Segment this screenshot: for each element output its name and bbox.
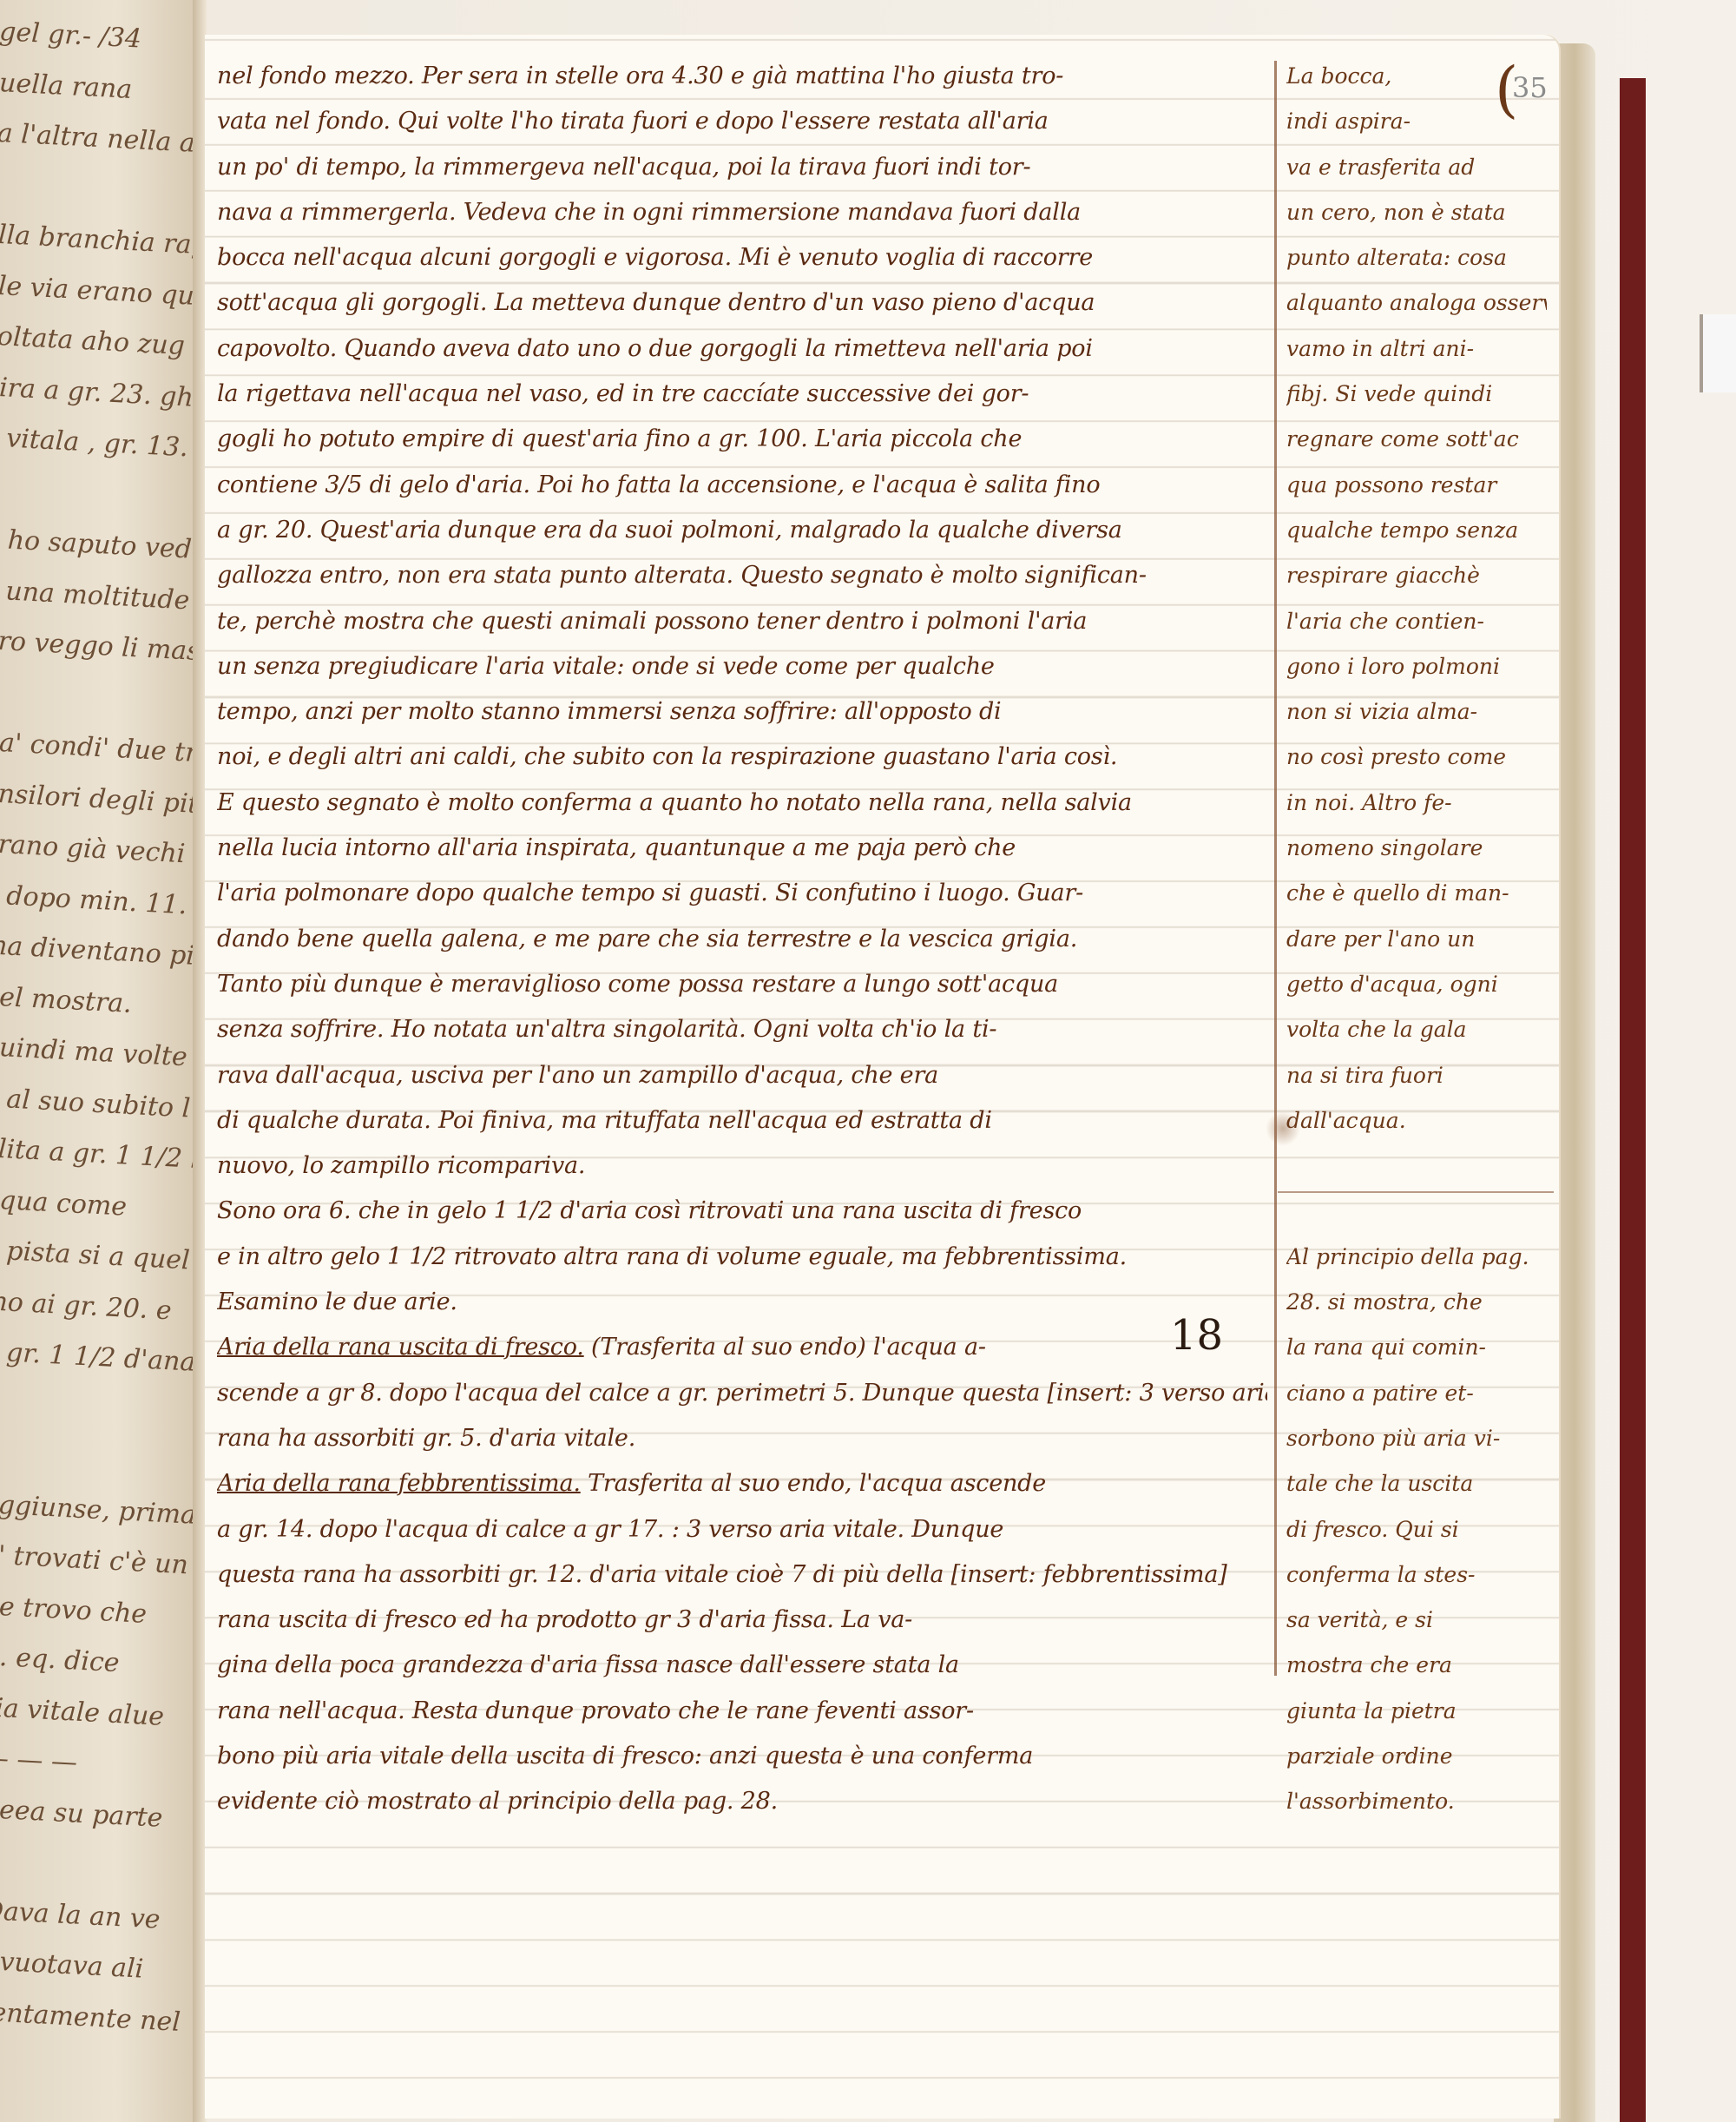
line-remainder: Trasferita al suo endo, l'acqua ascende [581,1470,1046,1497]
margin-note-line: getto d'acqua, ogni [1286,962,1547,1007]
manuscript-line: l'aria polmonare dopo qualche tempo si g… [217,871,1267,916]
stamp-number: 18 [1170,1311,1223,1360]
margin-note-line: la rana qui comin- [1286,1325,1547,1370]
manuscript-line: Esamino le due arie. [217,1280,1267,1325]
facing-page-line: ero veggo li mas [0,625,183,666]
manuscript-line: Aria della rana uscita di fresco. (Trasf… [217,1325,1267,1370]
margin-vertical-rule [1274,61,1277,1676]
margin-note-line: Al principio della pag. [1286,1235,1547,1280]
manuscript-line: evidente ciò mostrato al principio della… [217,1779,1267,1824]
margin-note-line: dall'acqua. [1286,1098,1547,1143]
facing-page-line: — — — [0,1743,183,1783]
manuscript-line: gallozza entro, non era stata punto alte… [217,553,1267,598]
margin-note-line: dare per l'ano un [1286,917,1547,962]
manuscript-line: Aria della rana febbrentissima. Trasferi… [217,1461,1267,1506]
manuscript-line: gina della poca grandezza d'aria fissa n… [217,1643,1267,1688]
main-text-block: nel fondo mezzo. Per sera in stelle ora … [217,54,1267,1825]
manuscript-line: nuovo, lo zampillo ricompariva. [217,1143,1267,1189]
margin-note-line: qualche tempo senza [1286,508,1547,553]
facing-page-line: nel mostra. [0,981,183,1022]
manuscript-line: sott'acqua gli gorgogli. La metteva dunq… [217,280,1267,326]
facing-page-line [0,168,182,179]
facing-page-line: Dava la an ve [0,1895,183,1936]
facing-page-line: , e trovo che [0,1591,183,1631]
facing-page-line: ria vitale alue [0,1692,183,1733]
margin-note-line: indi aspira- [1286,99,1547,144]
margin-note-line: un cero, non è stata [1286,190,1547,235]
margin-note-line: respirare giacchè [1286,553,1547,598]
facing-page-line: beea su parte [0,1794,183,1835]
manuscript-line: a gr. 14. dopo l'acqua di calce a gr 17.… [217,1507,1267,1552]
manuscript-line: di qualche durata. Poi finiva, ma rituff… [217,1098,1267,1143]
manuscript-line: nella lucia intorno all'aria inspirata, … [217,826,1267,871]
margin-note-line: giunta la pietra [1286,1689,1547,1734]
margin-note-line: punto alterata: cosa [1286,235,1547,280]
margin-note-line: regnare come sott'ac [1286,417,1547,462]
facing-page-line: alita a gr. 1 1/2 ha [0,1133,183,1174]
facing-page-line: ma diventano più [0,930,183,971]
manuscript-line: capovolto. Quando aveva dato uno o due g… [217,326,1267,372]
margin-spacer [1286,1143,1547,1235]
manuscript-line: gogli ho potuto empire di quest'aria fin… [217,417,1267,462]
facing-page-line: ino ai gr. 20. e [0,1286,183,1327]
manuscript-line: e in altro gelo 1 1/2 ritrovato altra ra… [217,1235,1267,1280]
manuscript-line: bono più aria vitale della uscita di fre… [217,1734,1267,1779]
facing-page-line: gqua come [0,1184,183,1225]
margin-note-line: no così presto come [1286,735,1547,780]
manuscript-line: rana uscita di fresco ed ha prodotto gr … [217,1598,1267,1643]
manuscript-line: senza soffrire. Ho notata un'altra singo… [217,1007,1267,1052]
facing-page-line [0,676,182,687]
manuscript-line: un senza pregiudicare l'aria vitale: ond… [217,644,1267,689]
facing-page-line: pira a gr. 23. gh [0,372,183,412]
facing-page-line [0,1387,182,1398]
facing-page-line: ale via erano qu [0,270,183,311]
manuscript-line: vata nel fondo. Qui volte l'ho tirata fu… [217,99,1267,144]
margin-note-line: l'aria che contien- [1286,599,1547,644]
facing-page-line: a' trovati c'è un [0,1539,183,1580]
left-facing-page: ngel gr.- /34quella ranava l'altra nella… [0,0,195,2122]
manuscript-line: a gr. 20. Quest'aria dunque era da suoi … [217,508,1267,553]
facing-page-line: a dopo min. 11. in [0,880,183,920]
facing-page-line [0,1844,182,1855]
facing-page-line: va l'altra nella ac [0,117,183,158]
manuscript-line: dando bene quella galena, e me pare che … [217,917,1267,962]
facing-page-line: aggiunse, prima [0,1489,183,1530]
margin-note-line: l'assorbimento. [1286,1779,1547,1824]
facing-page-line: n ho saputo vedog [0,524,183,564]
margin-note-line: sorbono più aria vi- [1286,1416,1547,1461]
margin-note-line: conferma la stes- [1286,1552,1547,1598]
manuscript-line: nava a rimmergerla. Vedeva che in ogni r… [217,190,1267,235]
manuscript-line: rava dall'acqua, usciva per l'ano un zam… [217,1053,1267,1098]
manuscript-line: E questo segnato è molto conferma a quan… [217,781,1267,826]
manuscript-line: nel fondo mezzo. Per sera in stelle ora … [217,54,1267,99]
manuscript-line: Sono ora 6. che in gelo 1 1/2 d'aria cos… [217,1189,1267,1234]
manuscript-line: Tanto più dunque è meraviglioso come pos… [217,962,1267,1007]
margin-note-line: 28. si mostra, che [1286,1280,1547,1325]
facing-page-line: lentamente nel [0,1997,183,2038]
facing-page-line: g. eq. dice [0,1641,183,1682]
facing-page-line: a al suo subito l' [0,1083,183,1124]
margin-note-line: La bocca, [1286,54,1547,99]
manuscript-line: te, perchè mostra che questi animali pos… [217,599,1267,644]
margin-note-line: gono i loro polmoni [1286,644,1547,689]
underlined-heading: Aria della rana uscita di fresco. [217,1334,584,1361]
manuscript-line: bocca nell'acqua alcuni gorgogli e vigor… [217,235,1267,280]
facing-page-line [0,473,182,484]
facing-page-line [0,1438,182,1448]
facing-page-line: a vitala , gr. 13. [0,422,183,463]
page-edges-stack [1554,43,1595,2122]
margin-note-line: qua possono restar [1286,463,1547,508]
facing-page-line: e gr. 1 1/2 d'ana [0,1336,183,1377]
line-remainder: (Trasferita al suo endo) l'acqua a- [584,1334,986,1361]
manuscript-line: la rigettava nell'acqua nel vaso, ed in … [217,372,1267,417]
facing-page-line: : vuotava ali [0,1946,183,1987]
facing-page-line: a pista si a quel [0,1235,183,1275]
manuscript-line: tempo, anzi per molto stanno immersi sen… [217,689,1267,735]
underlined-heading: Aria della rana febbrentissima. [217,1470,581,1497]
facing-page-line: ngel gr.- /34 [0,16,183,56]
facing-page-line: ensilori degli pit [0,778,183,819]
margin-note-line: vamo in altri ani- [1286,326,1547,372]
margin-notes-column: La bocca,indi aspira-va e trasferita adu… [1286,54,1547,1825]
manuscript-line: scende a gr 8. dopo l'acqua del calce a … [217,1371,1267,1416]
margin-note-line: mostra che era [1286,1643,1547,1688]
manuscript-line: contiene 3/5 di gelo d'aria. Poi ho fatt… [217,463,1267,508]
red-cover-binding [1620,78,1646,2122]
manuscript-line: rana nell'acqua. Resta dunque provato ch… [217,1689,1267,1734]
margin-note-line: in noi. Altro fe- [1286,781,1547,826]
margin-note-line: nomeno singolare [1286,826,1547,871]
margin-note-line: fibj. Si vede quindi [1286,372,1547,417]
margin-note-line: tale che la uscita [1286,1461,1547,1506]
facing-page-line: olla branchia rag [0,219,183,260]
facing-page-line: v una moltitude [0,575,183,616]
manuscript-line: noi, e degli altri ani caldi, che subito… [217,735,1267,780]
margin-note-line: va e trasferita ad [1286,145,1547,190]
facing-page-line: voltata aho zug [0,320,183,361]
margin-note-line: ciano a patire et- [1286,1371,1547,1416]
gray-tab-marker [1700,314,1736,392]
margin-note-line: che è quello di man- [1286,871,1547,916]
margin-note-line: non si vizia alma- [1286,689,1547,735]
facing-page-line: da' condi' due tr [0,727,183,768]
manuscript-line: questa rana ha assorbiti gr. 12. d'aria … [217,1552,1267,1598]
margin-note-line: di fresco. Qui si [1286,1507,1547,1552]
margin-note-line: alquanto analoga osserva [1286,280,1547,326]
facing-page-line: erano già vechi [0,828,183,869]
margin-note-line: parziale ordine [1286,1734,1547,1779]
manuscript-line: un po' di tempo, la rimmergeva nell'acqu… [217,145,1267,190]
margin-note-line: volta che la gala [1286,1007,1547,1052]
facing-page-line: quella rana [0,67,183,108]
margin-note-line: sa verità, e si [1286,1598,1547,1643]
margin-note-line: na si tira fuori [1286,1053,1547,1098]
manuscript-line: rana ha assorbiti gr. 5. d'aria vitale. [217,1416,1267,1461]
facing-page-line: quindi ma volte [0,1031,183,1072]
